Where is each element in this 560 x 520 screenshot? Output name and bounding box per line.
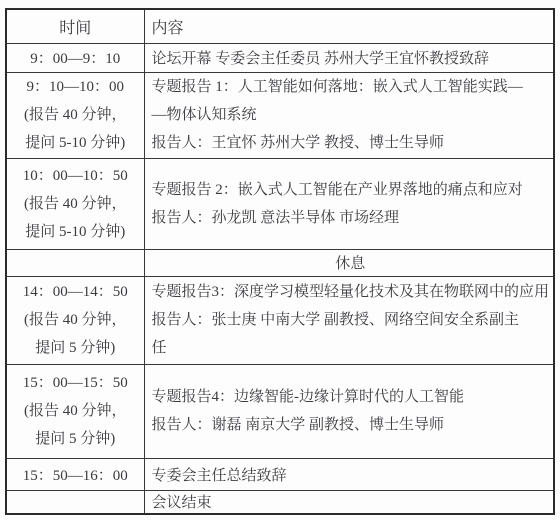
time-note-line1: (报告 40 分钟， [9,397,142,425]
content-text: 专委会主任总结致辞 [152,464,550,485]
time-text: 15：50—16：00 [9,464,142,485]
table-row-talk2: 10：00—10：50 (报告 40 分钟， 提问 5-10 分钟) 专题报告 … [6,158,554,249]
time-note-line1: (报告 40 分钟， [9,101,142,129]
content-cell: 专题报告3：深度学习模型轻量化技术及其在物联网中的应用 报告人：张士庚 中南大学… [144,276,554,364]
header-cell-content: 内容 [144,9,554,43]
talk-title-line2: —物体认知系统 [152,101,550,129]
content-cell: 专委会主任总结致辞 [144,458,554,490]
table-row-opening: 9：00—9：10 论坛开幕 专委会主任委员 苏州大学王宜怀教授致辞 [6,43,554,72]
header-cell-time: 时间 [6,9,144,43]
speaker-line: 报告人：孙龙凯 意法半导体 市场经理 [152,204,550,232]
speaker-line1: 报告人：张士庚 中南大学 副教授、网络空间安全系副主 [152,306,550,334]
content-cell: 专题报告4：边缘智能-边缘计算时代的人工智能 报告人：谢磊 南京大学 副教授、博… [144,364,554,458]
talk-title-line1: 专题报告 1：人工智能如何落地：嵌入式人工智能实践— [152,73,550,101]
time-note-line1: (报告 40 分钟， [9,306,142,334]
time-note-line2: 提问 5 分钟) [9,425,142,453]
speaker-line: 报告人：谢磊 南京大学 副教授、博士生导师 [152,411,550,439]
time-cell: 14：00—14：50 (报告 40 分钟， 提问 5 分钟) [6,276,144,364]
time-text: 9：10—10：00 [9,73,142,101]
time-text: 10：00—10：50 [9,162,142,190]
time-text: 9：00—9：10 [9,47,142,68]
header-row: 时间 内容 [6,9,554,43]
content-cell: 论坛开幕 专委会主任委员 苏州大学王宜怀教授致辞 [144,43,554,72]
talk-title-line: 专题报告3：深度学习模型轻量化技术及其在物联网中的应用 [152,278,550,306]
talk-title-line: 专题报告4：边缘智能-边缘计算时代的人工智能 [152,383,550,411]
schedule-table: 时间 内容 9：00—9：10 论坛开幕 专委会主任委员 苏州大学王宜怀教授致辞… [5,8,555,515]
content-cell: 会议结束 [144,490,554,514]
time-text: 15：00—15：50 [9,369,142,397]
time-cell-empty [6,249,144,276]
time-text: 14：00—14：50 [9,278,142,306]
content-cell: 专题报告 2：嵌入式人工智能在产业界落地的痛点和应对 报告人：孙龙凯 意法半导体… [144,158,554,249]
break-label: 休息 [152,252,550,273]
time-note-line2: 提问 5-10 分钟) [9,218,142,246]
content-cell: 专题报告 1：人工智能如何落地：嵌入式人工智能实践— —物体认知系统 报告人：王… [144,72,554,158]
time-note-line2: 提问 5 分钟) [9,334,142,362]
time-note-line1: (报告 40 分钟， [9,190,142,218]
table-row-break: 休息 [6,249,554,276]
table-row-closing: 15：50—16：00 专委会主任总结致辞 [6,458,554,490]
table-row-talk3: 14：00—14：50 (报告 40 分钟， 提问 5 分钟) 专题报告3：深度… [6,276,554,364]
content-text: 论坛开幕 专委会主任委员 苏州大学王宜怀教授致辞 [152,47,550,68]
time-cell-empty [6,490,144,514]
table-row-end: 会议结束 [6,490,554,514]
time-cell: 15：50—16：00 [6,458,144,490]
schedule-document: 时间 内容 9：00—9：10 论坛开幕 专委会主任委员 苏州大学王宜怀教授致辞… [5,8,555,515]
time-cell: 9：10—10：00 (报告 40 分钟， 提问 5-10 分钟) [6,72,144,158]
time-note-line2: 提问 5-10 分钟) [9,129,142,157]
time-cell: 9：00—9：10 [6,43,144,72]
break-cell: 休息 [144,249,554,276]
time-cell: 10：00—10：50 (报告 40 分钟， 提问 5-10 分钟) [6,158,144,249]
speaker-line2: 任 [152,334,550,362]
speaker-line: 报告人：王宜怀 苏州大学 教授、博士生导师 [152,129,550,157]
time-cell: 15：00—15：50 (报告 40 分钟， 提问 5 分钟) [6,364,144,458]
talk-title-line: 专题报告 2：嵌入式人工智能在产业界落地的痛点和应对 [152,176,550,204]
table-row-talk1: 9：10—10：00 (报告 40 分钟， 提问 5-10 分钟) 专题报告 1… [6,72,554,158]
content-text: 会议结束 [152,491,550,512]
table-row-talk4: 15：00—15：50 (报告 40 分钟， 提问 5 分钟) 专题报告4：边缘… [6,364,554,458]
